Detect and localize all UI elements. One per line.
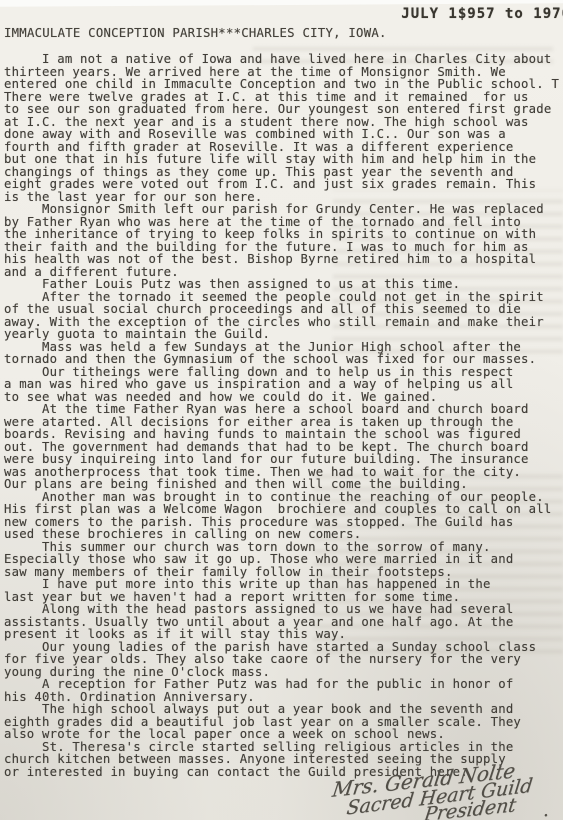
document-body: I am not a native of Iowa and have lived… — [4, 53, 563, 778]
paragraph: St. Theresa's circle started selling rel… — [4, 741, 563, 779]
paragraph: I have put more into this write up than … — [4, 578, 563, 603]
paragraph: At the time Father Ryan was here a schoo… — [4, 403, 563, 491]
paragraph: I am not a native of Iowa and have lived… — [4, 53, 563, 203]
scanned-document-page: JULY 1$957 to 1970 IMMACULATE CONCEPTION… — [0, 0, 563, 820]
document-title: IMMACULATE CONCEPTION PARISH***CHARLES C… — [4, 26, 387, 40]
paragraph: After the tornado it seemed the people c… — [4, 291, 563, 341]
paragraph: Our young ladies of the parish have star… — [4, 641, 563, 679]
paragraph: A reception for Father Putz was had for … — [4, 678, 563, 703]
paragraph: Our titheings were falling down and to h… — [4, 366, 563, 404]
paragraph: Father Louis Putz was then assigned to u… — [4, 278, 563, 291]
paragraph: Along with the head pastors assigned to … — [4, 603, 563, 641]
signature-organization: Sacred Heart Guild — [345, 774, 534, 819]
signature-period: . — [543, 800, 549, 820]
paragraph: Mass was held a few Sundays at the Junio… — [4, 341, 563, 366]
paragraph: Another man was brought in to continue t… — [4, 491, 563, 541]
paragraph: This summer our church was torn down to … — [4, 541, 563, 579]
header-date: JULY 1$957 to 1970 — [401, 6, 563, 22]
paragraph: Monsignor Smith left our parish for Grun… — [4, 203, 563, 278]
signature-title: President — [423, 794, 518, 820]
paragraph: The high school always put out a year bo… — [4, 703, 563, 741]
